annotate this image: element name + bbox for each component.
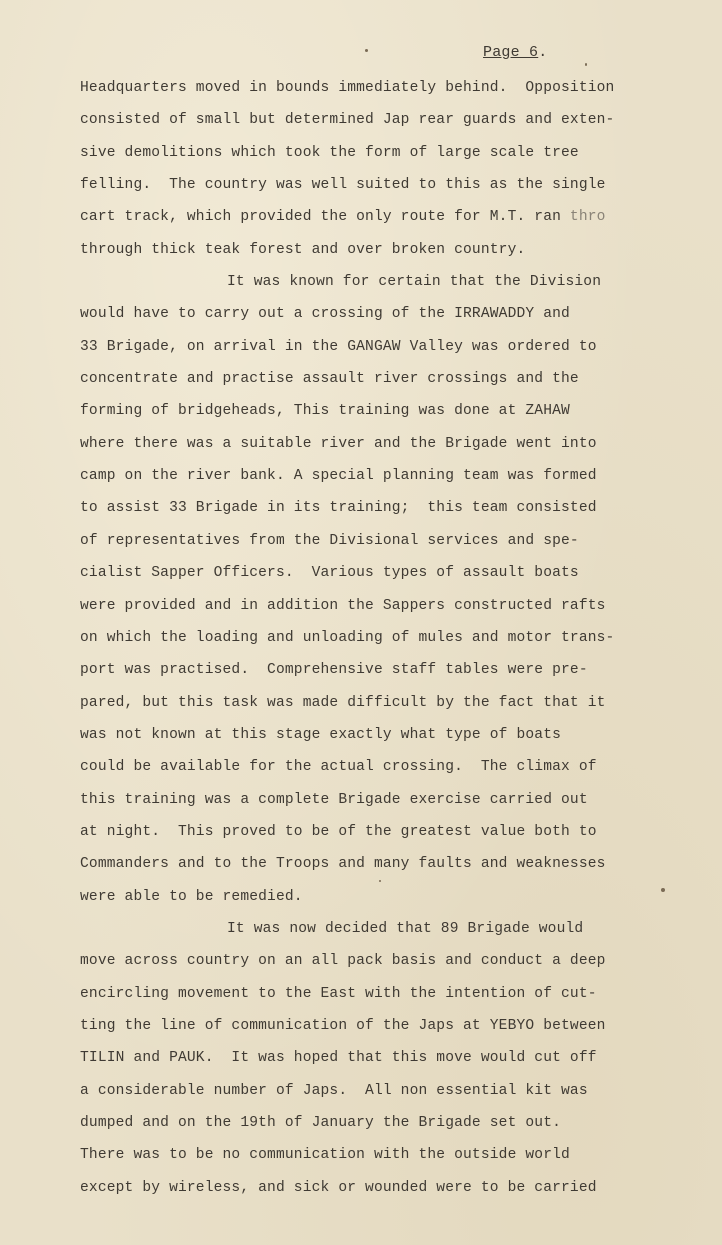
text-line-main: cart track, which provided the only rout… xyxy=(80,209,570,225)
text-line: where there was a suitable river and the… xyxy=(80,432,680,464)
text-line: this training was a complete Brigade exe… xyxy=(80,788,680,820)
page-number-text: Page 6 xyxy=(483,44,538,61)
text-line: at night. This proved to be of the great… xyxy=(80,820,680,852)
text-line: Headquarters moved in bounds immediately… xyxy=(80,76,680,108)
text-line: concentrate and practise assault river c… xyxy=(80,367,680,399)
paper-speck xyxy=(365,49,368,52)
text-line: cialist Sapper Officers. Various types o… xyxy=(80,561,680,593)
text-line: consisted of small but determined Jap re… xyxy=(80,108,680,140)
page-number: Page 6. xyxy=(483,44,547,61)
text-line: pared, but this task was made difficult … xyxy=(80,691,680,723)
text-line: to assist 33 Brigade in its training; th… xyxy=(80,496,680,528)
text-line: There was to be no communication with th… xyxy=(80,1143,680,1175)
paper-speck xyxy=(379,880,381,882)
text-line: ting the line of communication of the Ja… xyxy=(80,1014,680,1046)
text-line: a considerable number of Japs. All non e… xyxy=(80,1079,680,1111)
text-line: encircling movement to the East with the… xyxy=(80,982,680,1014)
text-line: on which the loading and unloading of mu… xyxy=(80,626,680,658)
paper-speck xyxy=(661,888,665,892)
page-number-suffix: . xyxy=(538,44,547,61)
text-line: port was practised. Comprehensive staff … xyxy=(80,658,680,690)
text-line: sive demolitions which took the form of … xyxy=(80,141,680,173)
paper-speck xyxy=(585,63,587,66)
text-line: dumped and on the 19th of January the Br… xyxy=(80,1111,680,1143)
text-line: could be available for the actual crossi… xyxy=(80,755,680,787)
text-line: forming of bridgeheads, This training wa… xyxy=(80,399,680,431)
text-line: 33 Brigade, on arrival in the GANGAW Val… xyxy=(80,335,680,367)
text-line: of representatives from the Divisional s… xyxy=(80,529,680,561)
text-line: was not known at this stage exactly what… xyxy=(80,723,680,755)
text-line: were provided and in addition the Sapper… xyxy=(80,594,680,626)
typed-body-text: Headquarters moved in bounds immediately… xyxy=(80,76,680,1208)
paragraph-start-line: It was known for certain that the Divisi… xyxy=(80,270,680,302)
text-line: except by wireless, and sick or wounded … xyxy=(80,1176,680,1208)
text-line: felling. The country was well suited to … xyxy=(80,173,680,205)
text-line: would have to carry out a crossing of th… xyxy=(80,302,680,334)
text-line: TILIN and PAUK. It was hoped that this m… xyxy=(80,1046,680,1078)
text-line: were able to be remedied. xyxy=(80,885,680,917)
faded-text-fragment: thro xyxy=(570,209,606,225)
text-line: move across country on an all pack basis… xyxy=(80,949,680,981)
paragraph-start-line: It was now decided that 89 Brigade would xyxy=(80,917,680,949)
text-line: camp on the river bank. A special planni… xyxy=(80,464,680,496)
text-line: through thick teak forest and over broke… xyxy=(80,238,680,270)
text-line: cart track, which provided the only rout… xyxy=(80,205,680,237)
